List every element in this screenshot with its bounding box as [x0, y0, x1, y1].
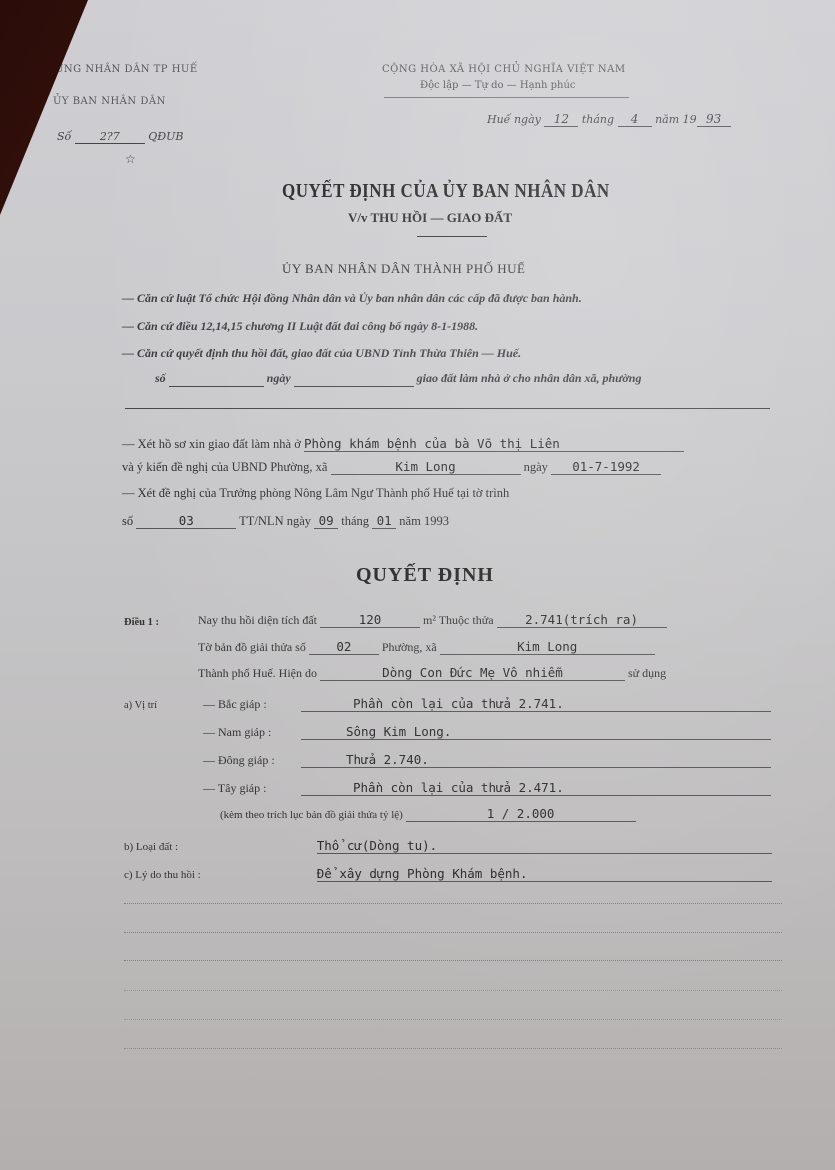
boundary-west: — Tây giáp : Phần còn lại của thửa 2.471…	[203, 780, 771, 796]
consider-line-4: số 03 TT/NLN ngày 09 tháng 01 năm 1993	[122, 513, 449, 529]
basis-line-4: số ngày giao đất làm nhà ở cho nhân dân …	[155, 371, 641, 387]
proposal-month: 01	[372, 513, 396, 529]
su-dung-label: sử dụng	[628, 666, 666, 680]
consider-line-1: — Xét hồ sơ xin giao đất làm nhà ở Phòng…	[122, 436, 684, 452]
boundary-south: — Nam giáp : Sông Kim Long.	[203, 724, 771, 740]
area-value: 120	[320, 612, 420, 628]
boundary-south-label: — Nam giáp :	[203, 725, 298, 740]
issuer-line-2: ỦY BAN NHÂN DÂN	[53, 96, 166, 107]
consider-4-so: số	[122, 514, 133, 528]
reason-row: c) Lý do thu hồi : Để xây dựng Phòng Khá…	[124, 866, 772, 882]
date-day: 12	[544, 112, 578, 127]
location-label: a) Vị trí	[124, 700, 157, 711]
ward-name: Kim Long	[440, 639, 655, 655]
document-title: QUYẾT ĐỊNH CỦA ỦY BAN NHÂN DÂN	[282, 180, 610, 203]
article-1-line-3: Thành phố Huế. Hiện do Dòng Con Đức Mẹ V…	[198, 665, 666, 681]
map-extract-note: (kèm theo trích lục bản đồ giải thửa tỷ …	[220, 806, 636, 822]
applicant-value: Phòng khám bệnh của bà Võ thị Liên	[304, 436, 684, 452]
document-subject: V/v THU HỒI — GIAO ĐẤT	[348, 210, 512, 226]
proposal-number: 03	[136, 513, 236, 529]
basis-line-1: — Căn cứ luật Tổ chức Hội đồng Nhân dân …	[122, 291, 582, 306]
parcel-value: 2.741(trích ra)	[497, 612, 667, 628]
so-suffix: QĐUB	[148, 130, 183, 143]
issuer-line-1: ỦNG NHÂN DÂN TP HUẾ	[55, 64, 198, 75]
current-user-value: Dòng Con Đức Mẹ Vô nhiễm	[320, 665, 625, 681]
map-sheet-label: Tờ bản đồ giải thửa số	[198, 640, 306, 654]
so-number: 2?7	[75, 130, 145, 144]
consider-line-2: và ý kiến đề nghị của UBND Phường, xã Ki…	[122, 459, 661, 475]
ward-value: Kim Long	[331, 459, 521, 475]
basis-so-label: số	[155, 371, 166, 385]
ward-opinion-date: 01-7-1992	[551, 459, 661, 475]
current-user-label: Thành phố Huế. Hiện do	[198, 666, 317, 680]
blank-line-3	[124, 960, 782, 961]
consider-4-thang: tháng	[341, 514, 369, 528]
reason-value: Để xây dựng Phòng Khám bệnh.	[317, 866, 772, 882]
basis-line-3: — Căn cứ quyết định thu hồi đất, giao đấ…	[122, 346, 521, 361]
proposal-day: 09	[314, 513, 338, 529]
document-number: Số 2?7 QĐUB	[57, 130, 184, 144]
date-year-label: năm 19	[655, 113, 697, 126]
document-page: ỦNG NHÂN DÂN TP HUẾ ỦY BAN NHÂN DÂN Số 2…	[0, 0, 835, 1170]
reason-label: c) Lý do thu hồi :	[124, 869, 314, 881]
consider-2-ngay: ngày	[524, 460, 548, 474]
consider-4-mid: TT/NLN ngày	[239, 514, 311, 528]
article-1-line-2: Tờ bản đồ giải thửa số 02 Phường, xã Kim…	[198, 639, 655, 655]
article-1-label: Điều 1 :	[124, 617, 159, 628]
issue-date: Huế ngày 12 tháng 4 năm 1993	[487, 112, 731, 127]
basis-divider	[125, 408, 770, 409]
basis-ngay-blank	[294, 371, 414, 387]
land-type-value: Thổ cư(Dòng tu).	[317, 838, 772, 854]
header-divider	[384, 97, 629, 98]
star-icon: ☆	[125, 152, 136, 166]
boundary-east-label: — Đông giáp :	[203, 753, 298, 768]
blank-line-5	[124, 1019, 782, 1020]
boundary-north-value: Phần còn lại của thửa 2.741.	[301, 696, 771, 712]
boundary-east: — Đông giáp : Thửa 2.740.	[203, 752, 771, 768]
basis-line-4-rest: giao đất làm nhà ở cho nhân dân xã, phườ…	[417, 371, 642, 385]
map-scale-value: 1 / 2.000	[406, 806, 636, 822]
consider-1-label: — Xét hồ sơ xin giao đất làm nhà ở	[122, 437, 301, 451]
boundary-north: — Bắc giáp : Phần còn lại của thửa 2.741…	[203, 696, 771, 712]
subject-divider	[417, 236, 487, 237]
date-year: 93	[697, 112, 731, 127]
date-month-label: tháng	[582, 113, 614, 126]
date-month: 4	[618, 112, 652, 127]
basis-line-2: — Căn cứ điều 12,14,15 chương II Luật đấ…	[122, 319, 478, 334]
boundary-north-label: — Bắc giáp :	[203, 697, 298, 712]
area-unit: m²	[423, 613, 436, 627]
decision-heading: QUYẾT ĐỊNH	[356, 564, 494, 587]
issuing-authority: ỦY BAN NHÂN DÂN THÀNH PHỐ HUẾ	[282, 261, 525, 277]
parcel-label: Thuộc thửa	[439, 613, 494, 627]
consider-2-label: và ý kiến đề nghị của UBND Phường, xã	[122, 460, 327, 474]
blank-line-2	[124, 932, 782, 933]
land-type-row: b) Loại đất : Thổ cư(Dòng tu).	[124, 838, 772, 854]
proposal-year: năm 1993	[399, 514, 449, 528]
date-place: Huế	[487, 113, 510, 126]
area-label: Nay thu hồi diện tích đất	[198, 613, 317, 627]
national-title: CỘNG HÒA XÃ HỘI CHỦ NGHĨA VIỆT NAM	[382, 64, 626, 75]
national-motto: Độc lập — Tự do — Hạnh phúc	[420, 80, 575, 91]
basis-ngay-label: ngày	[267, 371, 291, 385]
blank-line-4	[124, 990, 782, 991]
blank-line-6	[124, 1048, 782, 1049]
date-day-label: ngày	[514, 113, 541, 126]
map-extract-label: (kèm theo trích lục bản đồ giải thửa tỷ …	[220, 809, 403, 821]
article-1-line-1: Nay thu hồi diện tích đất 120 m² Thuộc t…	[198, 612, 667, 628]
blank-line-1	[124, 903, 782, 904]
boundary-south-value: Sông Kim Long.	[301, 724, 771, 740]
ward-label: Phường, xã	[382, 640, 437, 654]
map-sheet-value: 02	[309, 639, 379, 655]
land-type-label: b) Loại đất :	[124, 841, 314, 853]
consider-line-3: — Xét đề nghị của Trưởng phòng Nông Lâm …	[122, 486, 509, 501]
boundary-west-value: Phần còn lại của thửa 2.471.	[301, 780, 771, 796]
so-label: Số	[57, 130, 71, 143]
basis-so-blank	[169, 371, 264, 387]
boundary-east-value: Thửa 2.740.	[301, 752, 771, 768]
boundary-west-label: — Tây giáp :	[203, 781, 298, 796]
